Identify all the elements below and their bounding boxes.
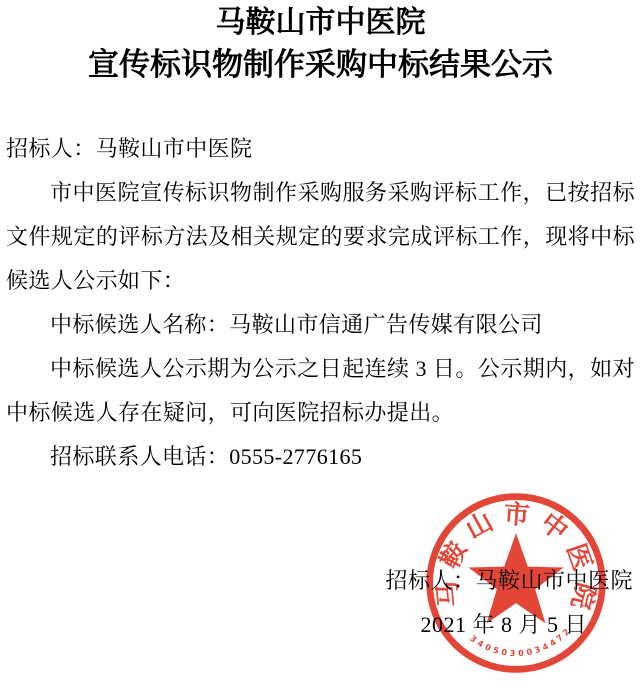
paragraph-bidder: 招标人：马鞍山市中医院 bbox=[6, 127, 635, 171]
title-line-hospital: 马鞍山市中医院 bbox=[6, 2, 635, 44]
paragraph-evaluation: 市中医院宣传标识物制作采购服务采购评标工作，已按招标文件规定的评标方法及相关规定… bbox=[6, 171, 635, 303]
signature-name: 招标人：马鞍山市中医院 bbox=[6, 559, 635, 603]
signature-block: 招标人：马鞍山市中医院 2021 年 8 月 5 日 bbox=[6, 559, 635, 647]
notice-page: 马鞍山市中医院 宣传标识物制作采购中标结果公示 招标人：马鞍山市中医院 市中医院… bbox=[0, 0, 640, 700]
paragraph-contact-phone: 招标联系人电话：0555-2776165 bbox=[6, 435, 635, 479]
paragraph-publicity-period: 中标候选人公示期为公示之日起连续 3 日。公示期内，如对中标候选人存在疑问，可向… bbox=[6, 347, 635, 435]
page-title: 马鞍山市中医院 宣传标识物制作采购中标结果公示 bbox=[6, 2, 635, 86]
notice-body: 招标人：马鞍山市中医院 市中医院宣传标识物制作采购服务采购评标工作，已按招标文件… bbox=[6, 127, 635, 479]
signature-date: 2021 年 8 月 5 日 bbox=[6, 603, 635, 647]
title-line-notice: 宣传标识物制作采购中标结果公示 bbox=[6, 44, 635, 86]
paragraph-winning-candidate: 中标候选人名称：马鞍山市信通广告传媒有限公司 bbox=[6, 303, 635, 347]
